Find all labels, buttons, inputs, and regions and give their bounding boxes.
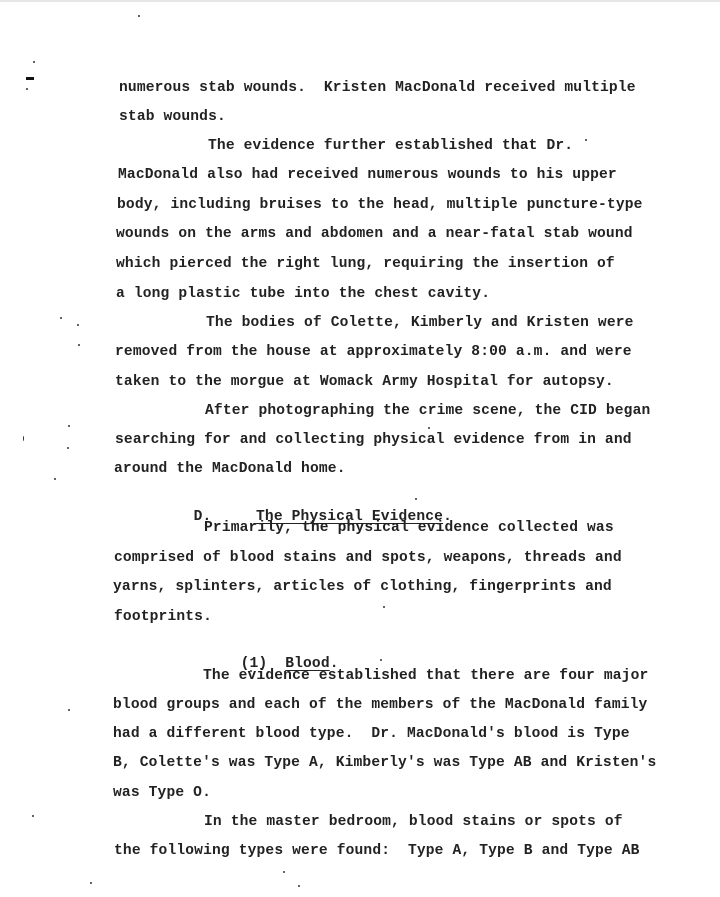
scan-speck xyxy=(77,324,79,326)
text-line: numerous stab wounds. Kristen MacDonald … xyxy=(119,79,636,97)
scan-speck xyxy=(23,436,24,441)
paragraph-start: After photographing the crime scene, the… xyxy=(205,402,650,420)
scan-speck xyxy=(68,425,70,427)
paragraph-start: The evidence established that there are … xyxy=(203,667,648,685)
scan-speck xyxy=(67,447,69,449)
paragraph-start: In the master bedroom, blood stains or s… xyxy=(204,813,623,831)
paragraph-start: Primarily, the physical evidence collect… xyxy=(204,519,614,537)
text-line: was Type O. xyxy=(113,784,211,802)
text-line: blood groups and each of the members of … xyxy=(113,696,647,714)
scan-mark xyxy=(26,77,34,80)
scan-speck xyxy=(380,659,382,661)
scan-speck xyxy=(585,139,587,141)
text-line: stab wounds. xyxy=(119,108,226,126)
scan-speck xyxy=(250,670,252,672)
text-line: body, including bruises to the head, mul… xyxy=(117,196,643,214)
scan-top-edge xyxy=(0,0,720,2)
text-line: footprints. xyxy=(114,608,212,626)
text-line: a long plastic tube into the chest cavit… xyxy=(116,285,490,303)
scan-speck xyxy=(298,885,300,887)
text-line: yarns, splinters, articles of clothing, … xyxy=(113,578,612,596)
paragraph-start: The bodies of Colette, Kimberly and Kris… xyxy=(206,314,634,332)
scan-speck xyxy=(90,882,92,884)
scan-speck xyxy=(68,709,70,711)
scan-speck xyxy=(33,61,35,63)
scan-speck xyxy=(415,498,417,500)
text-line: taken to the morgue at Womack Army Hospi… xyxy=(115,373,614,391)
text-line: MacDonald also had received numerous wou… xyxy=(118,166,617,184)
scan-speck xyxy=(138,15,140,17)
text-line: around the MacDonald home. xyxy=(114,460,346,478)
scan-speck xyxy=(283,871,285,873)
text-line: the following types were found: Type A, … xyxy=(114,842,640,860)
text-line: wounds on the arms and abdomen and a nea… xyxy=(116,225,633,243)
scan-speck xyxy=(32,815,34,817)
text-line: removed from the house at approximately … xyxy=(115,343,632,361)
scan-speck xyxy=(60,317,62,319)
scan-speck xyxy=(26,88,28,90)
text-line: comprised of blood stains and spots, wea… xyxy=(114,549,622,567)
text-line: which pierced the right lung, requiring … xyxy=(116,255,615,273)
scan-speck xyxy=(383,606,385,608)
text-line: B, Colette's was Type A, Kimberly's was … xyxy=(113,754,656,772)
text-line: had a different blood type. Dr. MacDonal… xyxy=(113,725,630,743)
scan-speck xyxy=(78,344,80,346)
text-line: searching for and collecting physical ev… xyxy=(115,431,632,449)
scan-speck xyxy=(54,478,56,480)
paragraph-start: The evidence further established that Dr… xyxy=(208,137,573,155)
scan-speck xyxy=(428,427,430,429)
